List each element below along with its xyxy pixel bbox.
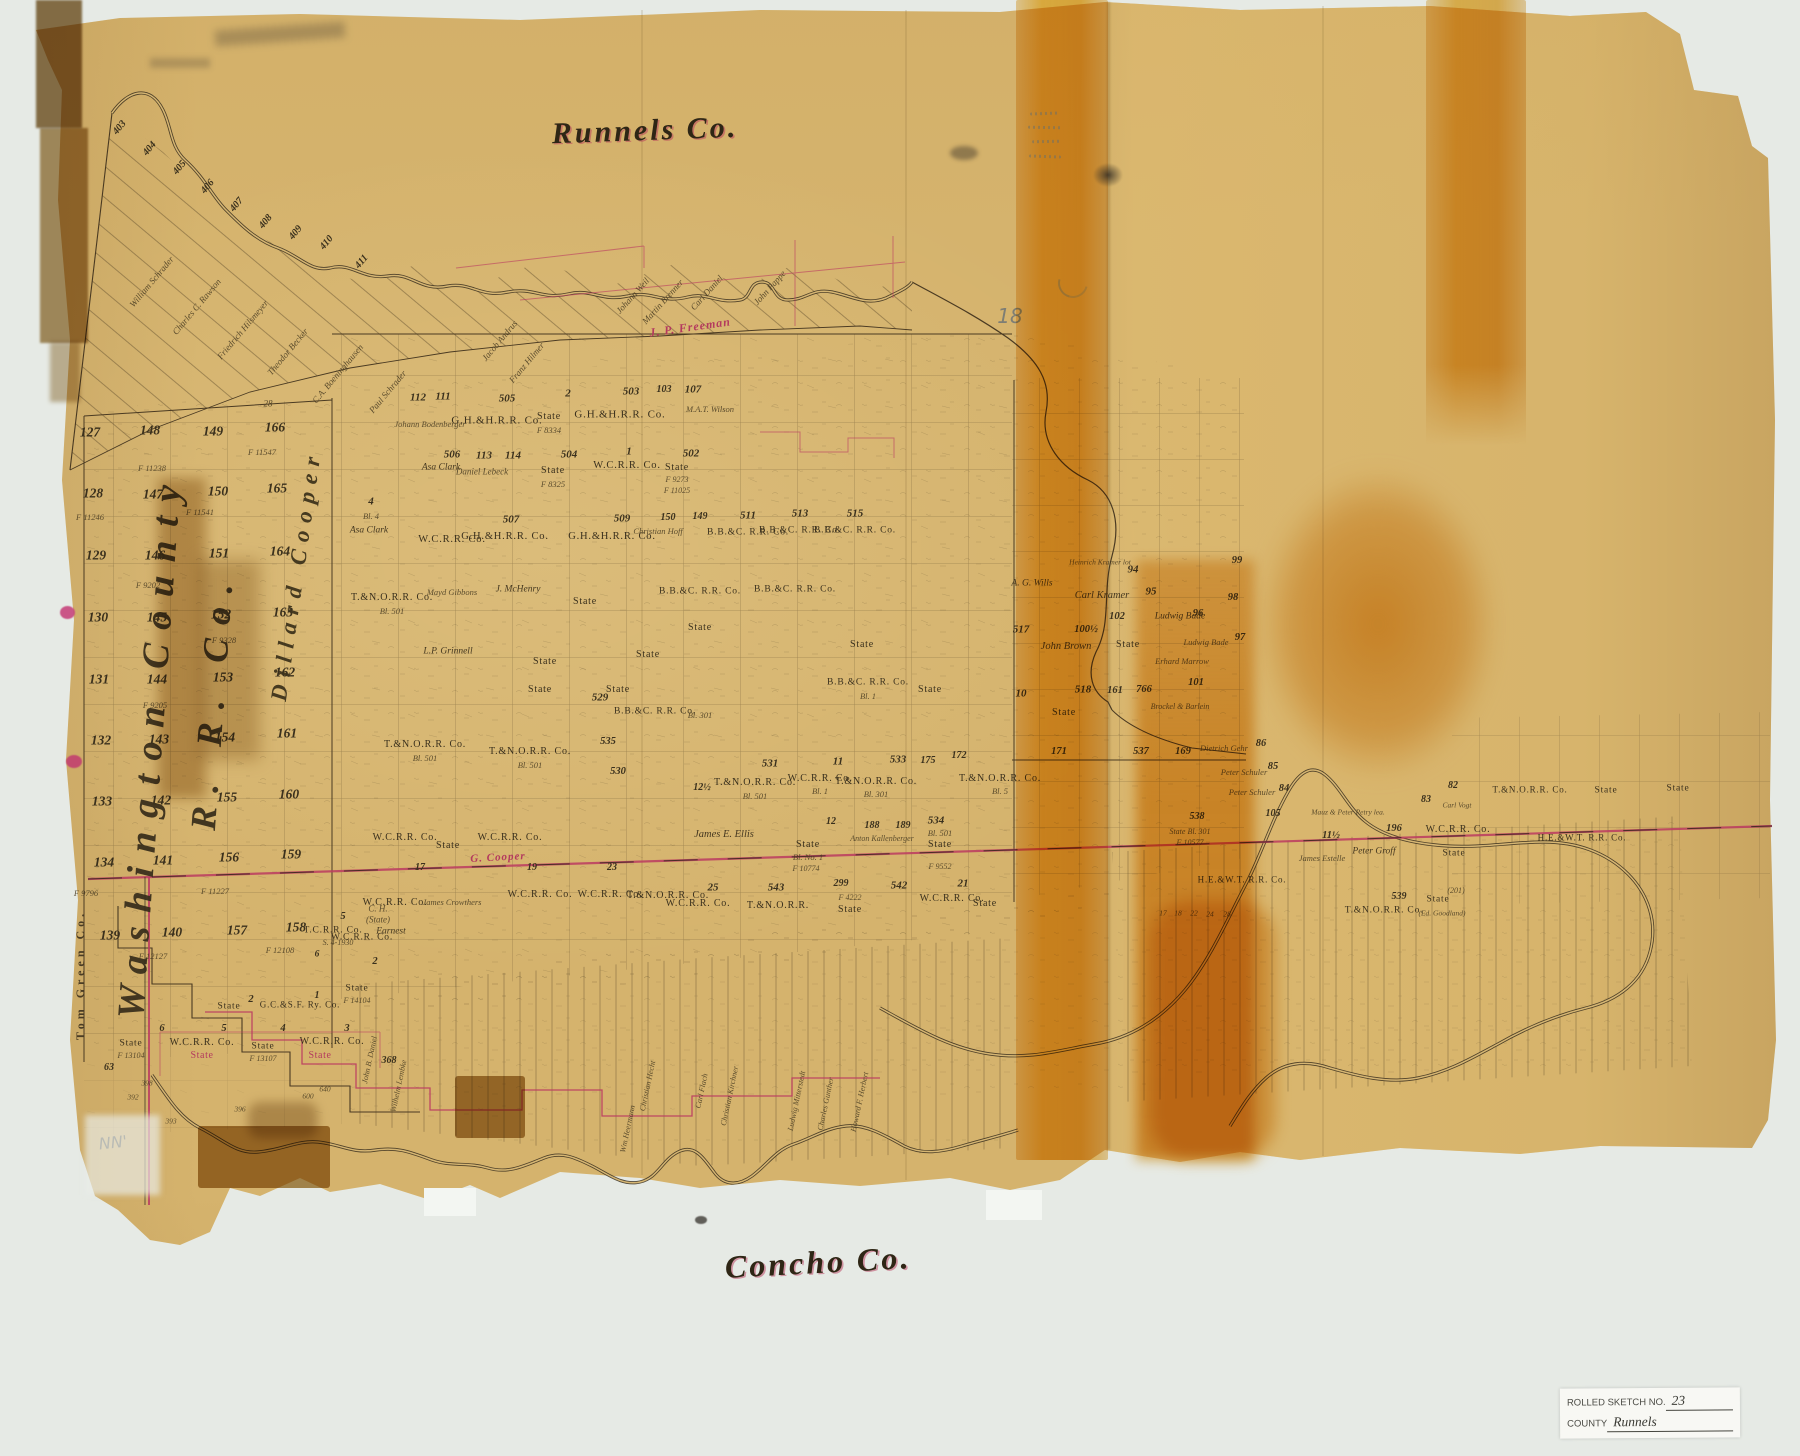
- map-label: 83: [1421, 795, 1431, 805]
- map-label: 509: [614, 514, 631, 525]
- map-label: State: [973, 899, 997, 909]
- map-label: Peter Schuler: [1229, 788, 1276, 797]
- map-label: Carl Kramer: [1075, 591, 1130, 602]
- map-label: Peter Groff: [1352, 847, 1395, 857]
- map-label: State: [252, 1042, 275, 1052]
- map-label: 2: [248, 995, 253, 1006]
- map-label: 105: [1266, 809, 1281, 819]
- map-label: State: [436, 841, 460, 851]
- map-label: 503: [623, 387, 640, 398]
- map-label: W.C.R.R. Co.: [508, 890, 573, 900]
- map-label: State: [1116, 640, 1140, 650]
- map-label: 133: [92, 794, 112, 808]
- map-label: 63: [104, 1063, 114, 1073]
- map-label: 28: [264, 400, 273, 409]
- map-label: State: [120, 1039, 143, 1049]
- map-label: 157: [227, 923, 247, 937]
- map-label: 156: [219, 850, 239, 864]
- map-label: 149: [203, 424, 223, 438]
- map-label: J. P. Freeman: [649, 315, 732, 338]
- map-label: T.&N.O.R.R. Co.: [351, 593, 433, 603]
- map-label: H.E.&W.T. R.R. Co.: [1538, 834, 1627, 843]
- map-label: F 8334: [537, 426, 561, 435]
- map-label: 538: [1190, 812, 1205, 822]
- map-label: F 11547: [248, 448, 276, 457]
- map-label: 150: [661, 513, 676, 523]
- map-label: B.B.&C. R.R. Co.: [659, 587, 741, 597]
- map-label: F 12127: [139, 952, 168, 961]
- map-label: Earnest: [376, 927, 406, 937]
- map-label: C. H.: [368, 905, 387, 914]
- map-label: 140: [162, 925, 182, 939]
- map-label: Jacob Andrus: [481, 319, 520, 363]
- map-label: Charles Gunther: [816, 1077, 835, 1131]
- map-label: Tom Green Co.: [74, 910, 86, 1040]
- map-label: 107: [685, 385, 702, 396]
- map-label: 405: [171, 159, 188, 177]
- map-label: State: [838, 905, 862, 915]
- map-label: F 11227: [201, 887, 229, 896]
- map-label: 600: [302, 1092, 313, 1100]
- map-label: Charles C. Rawson: [171, 277, 223, 336]
- map-label: 502: [683, 449, 700, 460]
- map-label: 143: [149, 732, 169, 746]
- map-label: (Ed. Goodland): [1418, 909, 1465, 917]
- map-label: Bl. 501: [380, 607, 405, 616]
- map-label: 127: [80, 425, 100, 439]
- map-label: 530: [610, 767, 626, 778]
- map-label: F 11541: [186, 508, 214, 517]
- map-label: 19: [527, 863, 537, 873]
- map-label: B.B.&C. R.R. Co.: [754, 585, 836, 595]
- map-label: James E. Ellis: [694, 830, 754, 841]
- map-label: 139: [100, 928, 120, 942]
- map-label: Christian Hoff: [633, 527, 682, 536]
- map-label: 152: [211, 607, 231, 621]
- map-label: G.H.&H.R.R. Co.: [574, 410, 665, 421]
- map-label: 85: [1268, 762, 1279, 773]
- map-label: 82: [1448, 781, 1458, 791]
- map-label: Johann Weil: [615, 276, 651, 315]
- map-label: 392: [127, 1093, 138, 1101]
- map-label: 100½: [1074, 625, 1098, 636]
- map-label: Anton Kallenberger: [850, 835, 913, 843]
- map-label: State: [533, 657, 557, 667]
- map-label: 2: [372, 957, 377, 968]
- archive-stamp: ROLLED SKETCH NO. 23 COUNTY Runnels: [1560, 1387, 1740, 1438]
- map-label: J. McHenry: [496, 585, 541, 595]
- map-label: F 10577: [1177, 839, 1204, 847]
- map-label: 2: [565, 389, 571, 400]
- map-label: T.&N.O.R.R.: [747, 901, 809, 911]
- map-label: 97: [1235, 633, 1246, 644]
- map-label: State: [346, 984, 369, 994]
- map-label: 164: [270, 544, 290, 558]
- map-label: 99: [1232, 556, 1243, 567]
- map-label: NN': [98, 1134, 128, 1153]
- map-label: F 14104: [344, 997, 371, 1005]
- map-label: 407: [228, 196, 245, 214]
- map-label: State: [636, 650, 660, 660]
- map-label: 102: [1109, 612, 1125, 623]
- map-label: 98: [1228, 593, 1239, 604]
- map-label: 537: [1133, 747, 1149, 758]
- map-label: State: [688, 623, 712, 633]
- map-label: 175: [921, 756, 936, 766]
- map-label: State: [573, 597, 597, 607]
- map-label: 129: [86, 548, 106, 562]
- map-label: W.C.R.R. Co.: [593, 461, 661, 472]
- map-label: T.&N.O.R.R. Co.: [384, 740, 466, 750]
- map-label: 23: [607, 863, 617, 873]
- map-label: 165: [267, 481, 287, 495]
- map-label: Mayd Gibbons: [427, 588, 477, 597]
- map-label: Bl. 1: [860, 692, 876, 701]
- map-label: 534: [928, 816, 945, 827]
- map-label: W.C.R.R. Co.: [1426, 825, 1491, 835]
- map-label: 112: [410, 393, 426, 404]
- map-label: F 4222: [839, 894, 862, 902]
- map-label: 169: [1175, 747, 1191, 758]
- map-label: (State): [366, 916, 390, 925]
- map-label: 150: [208, 484, 228, 498]
- map-label: 3: [344, 1024, 349, 1035]
- map-label: Bl. 501: [928, 829, 953, 838]
- map-label: 96: [1193, 609, 1204, 620]
- map-label: F 9202: [136, 581, 160, 590]
- map-label: W.C.R.R. Co.: [300, 1037, 365, 1047]
- map-label: 147: [143, 487, 163, 501]
- map-label: Bl. 1: [812, 787, 828, 796]
- map-label: W.C.R.R. Co.: [478, 833, 543, 843]
- map-label: 507: [503, 515, 520, 526]
- map-label: John Brown: [1041, 642, 1092, 653]
- map-label: Bl. 5: [992, 787, 1008, 796]
- map-label: G. Cooper: [470, 851, 526, 865]
- map-label: B.B.&C. R.R. Co.: [814, 526, 896, 536]
- map-label: 146: [145, 548, 165, 562]
- stamp-sketch-label: ROLLED SKETCH NO.: [1567, 1397, 1666, 1409]
- map-label: Concho Co.: [724, 1241, 912, 1283]
- map-label: 148: [140, 423, 160, 437]
- map-label: William Schrader: [128, 255, 176, 309]
- map-label: 25: [708, 883, 719, 894]
- map-label: 154: [215, 730, 235, 744]
- map-label: Carl Vogt: [1443, 801, 1472, 809]
- map-label: 196: [1386, 824, 1402, 835]
- map-label: T.C.R.R. Co.: [303, 926, 362, 936]
- map-label: T.&N.O.R.R. Co.: [627, 891, 709, 901]
- map-label: Bl. 501: [413, 754, 438, 763]
- map-label: M.A.T. Wilson: [686, 405, 734, 414]
- map-label: 4: [368, 497, 374, 508]
- map-label: State: [1052, 708, 1076, 718]
- map-label: B.B.&C. R.R. Co.: [614, 707, 696, 717]
- map-label: 28: [1223, 910, 1231, 918]
- map-label: State: [541, 466, 565, 476]
- map-label: 141: [153, 853, 173, 867]
- map-label: Asa Clark: [422, 463, 460, 473]
- map-label: State: [796, 840, 820, 850]
- map-label: F 10774: [793, 865, 820, 873]
- map-label: 5: [340, 912, 345, 923]
- map-label: Carl Flach: [694, 1073, 709, 1109]
- map-label: 408: [257, 213, 274, 231]
- map-label: State: [1427, 895, 1450, 905]
- map-label: 134: [94, 855, 114, 869]
- map-label: T.&N.O.R.R. Co.: [1492, 786, 1567, 795]
- map-label: Ludwig Mitterstedt: [787, 1070, 808, 1131]
- map-label: Runnels Co.: [551, 113, 738, 149]
- map-label: F 12108: [266, 946, 295, 955]
- map-label: B.B.&C. R.R. Co.: [827, 678, 909, 688]
- map-label: 149: [693, 512, 708, 522]
- map-label: Bl. 501: [743, 792, 768, 801]
- map-label: Bl. 301: [688, 711, 713, 720]
- map-label: 17: [415, 863, 425, 873]
- map-label: 411: [354, 253, 371, 270]
- map-label: 162: [275, 665, 295, 679]
- map-label: W.C.R.R. Co.: [373, 833, 438, 843]
- map-label: Christian Hecht: [639, 1060, 658, 1112]
- map-label: State: [191, 1051, 214, 1061]
- stamp-county-value: Runnels: [1607, 1413, 1733, 1432]
- map-label: 132: [91, 733, 111, 747]
- map-label: 4: [280, 1024, 285, 1035]
- map-label: 86: [1256, 739, 1267, 750]
- map-label: 1: [315, 991, 320, 1001]
- map-label: 404: [141, 140, 158, 158]
- stamp-county-label: COUNTY: [1567, 1418, 1607, 1429]
- map-label: State: [665, 463, 689, 473]
- map-label: 142: [151, 793, 171, 807]
- map-label: F 9328: [212, 636, 236, 645]
- map-label: 393: [165, 1117, 176, 1125]
- map-label: 539: [1392, 892, 1407, 902]
- map-label: 504: [561, 450, 578, 461]
- map-label: F 9205: [143, 701, 167, 710]
- map-label: State Bl. 301: [1169, 828, 1210, 836]
- map-label: Heinrich Kramer lot: [1069, 558, 1131, 566]
- map-label: 160: [279, 787, 299, 801]
- map-label: State: [918, 685, 942, 695]
- map-label: 12: [826, 817, 836, 827]
- map-label: 368: [382, 1056, 397, 1066]
- map-label: G.H.&H.R.R. Co.: [451, 416, 542, 427]
- map-label: F 11025: [664, 487, 690, 495]
- map-label: State: [218, 1002, 241, 1012]
- map-label: 6: [159, 1024, 164, 1035]
- map-label: 130: [88, 610, 108, 624]
- map-label: C.A. Boeninghausen: [311, 343, 365, 405]
- map-label: 95: [1146, 587, 1157, 598]
- map-label: 531: [762, 759, 779, 770]
- map-label: F 13107: [250, 1055, 277, 1063]
- pencil-scribble: [1028, 126, 1062, 130]
- pencil-scribble: [1032, 140, 1060, 143]
- map-label: 518: [1075, 685, 1092, 696]
- map-label: Ludwig Bade: [1183, 638, 1228, 647]
- map-label: James Estelle: [1299, 854, 1346, 863]
- map-label: 1: [626, 447, 632, 458]
- map-label: 18: [997, 306, 1022, 326]
- map-label: 533: [890, 755, 907, 766]
- map-label: 6: [315, 950, 320, 960]
- map-label: 18: [1174, 909, 1182, 917]
- map-label: Dietrich Gehr: [1200, 744, 1248, 753]
- map-label: 410: [318, 234, 335, 252]
- map-label: 515: [847, 509, 864, 520]
- map-label: 172: [952, 751, 967, 761]
- scanned-map-page: Runnels Co.Concho Co.Washington CountyR.…: [0, 0, 1800, 1456]
- map-label: 766: [1136, 685, 1152, 696]
- map-label: 409: [287, 224, 304, 242]
- map-label: G.H.&H.R.R. Co.: [461, 532, 549, 543]
- map-label: 171: [1051, 747, 1067, 758]
- map-label: 542: [891, 881, 908, 892]
- map-label: Howard F. Herbert: [850, 1071, 871, 1132]
- map-label: 189: [896, 821, 911, 831]
- map-label: Theodor Becker: [266, 327, 310, 377]
- map-label: Carl Daniel: [689, 274, 725, 312]
- map-label: State: [850, 640, 874, 650]
- map-label: State: [528, 685, 552, 695]
- map-label: 506: [444, 450, 461, 461]
- map-label: Asa Clark: [350, 526, 388, 536]
- map-label: 161: [1107, 686, 1123, 697]
- map-label: 145: [147, 610, 167, 624]
- map-label: Erhard Marrow: [1155, 657, 1209, 666]
- map-label: T.&N.O.R.R. Co.: [1345, 906, 1424, 916]
- map-label: 24: [1206, 910, 1214, 918]
- map-label: 398: [141, 1079, 152, 1087]
- map-label: State: [1443, 849, 1466, 859]
- map-label: 101: [1188, 678, 1204, 689]
- map-label: 166: [265, 420, 285, 434]
- map-label: 517: [1013, 625, 1030, 636]
- map-label: 12½: [693, 783, 711, 793]
- map-label: Peter Schuler: [1221, 768, 1268, 777]
- map-label: 505: [499, 394, 516, 405]
- map-label: G.C.&S.F. Ry. Co.: [260, 1001, 340, 1010]
- map-label: State: [606, 685, 630, 695]
- map-label: 11½: [1322, 831, 1340, 842]
- map-label: F 9796: [74, 889, 98, 898]
- map-label: 513: [792, 509, 809, 520]
- map-label: 103: [657, 385, 672, 395]
- map-label: 161: [277, 726, 297, 740]
- map-label: Franz Hilmer: [508, 341, 547, 385]
- map-label: 131: [89, 672, 109, 686]
- map-label: State: [309, 1051, 332, 1061]
- map-label: F 9552: [929, 863, 952, 871]
- map-label: W.C.R.R. Co.: [170, 1038, 235, 1048]
- map-label: 22: [1190, 909, 1198, 917]
- map-label: Wilhelm Lembke: [390, 1059, 409, 1113]
- map-label: 529: [592, 693, 609, 704]
- map-label: 10: [1016, 689, 1027, 700]
- map-label: (201): [1447, 887, 1464, 895]
- map-label: L.P. Grinnell: [423, 647, 472, 657]
- map-label: Bl. No. 1: [793, 853, 823, 862]
- map-label: 403: [111, 119, 128, 137]
- map-label: 128: [83, 486, 103, 500]
- map-label: 155: [217, 790, 237, 804]
- map-label: Brockel & Barlein: [1151, 703, 1210, 711]
- map-label: Mauz & Peter Petry lea.: [1311, 808, 1385, 816]
- map-label: Daniel Lebeck: [456, 468, 508, 477]
- map-label: F 8325: [541, 480, 565, 489]
- map-label: 17: [1159, 909, 1167, 917]
- map-labels-layer: Runnels Co.Concho Co.Washington CountyR.…: [0, 0, 1800, 1456]
- map-label: 543: [768, 883, 785, 894]
- map-label: State: [1667, 784, 1690, 794]
- map-label: T.&N.O.R.R. Co.: [959, 774, 1041, 784]
- map-label: F 11246: [76, 513, 104, 522]
- map-label: 151: [209, 546, 229, 560]
- map-label: Paul Schrader: [368, 369, 408, 415]
- map-label: James Crowthers: [423, 898, 482, 907]
- map-label: State: [1595, 786, 1618, 796]
- map-label: 535: [600, 737, 616, 748]
- map-label: State: [928, 840, 952, 850]
- map-label: 21: [958, 879, 969, 890]
- stamp-sketch-number: 23: [1666, 1392, 1733, 1410]
- map-label: 511: [740, 511, 756, 522]
- map-label: 113: [476, 451, 492, 462]
- map-label: T.&N.O.R.R. Co.: [489, 747, 571, 757]
- map-label: 396: [234, 1105, 245, 1113]
- map-label: 84: [1279, 784, 1290, 795]
- map-label: 188: [865, 821, 880, 831]
- map-label: John Pappe: [752, 269, 787, 307]
- map-label: Friedrich Hilsmeyer: [216, 299, 270, 361]
- map-label: 111: [435, 392, 450, 403]
- map-label: 144: [147, 672, 167, 686]
- map-label: F 11238: [138, 464, 166, 473]
- map-label: T.&N.O.R.R. Co.: [714, 778, 796, 788]
- map-label: State: [537, 412, 561, 422]
- map-label: 159: [281, 847, 301, 861]
- map-label: Bl. 501: [518, 761, 543, 770]
- map-label: S. 4-1930: [323, 939, 354, 947]
- map-label: Wm Heermann: [619, 1105, 637, 1154]
- map-label: F 13104: [118, 1052, 145, 1060]
- map-label: 163: [273, 605, 293, 619]
- map-label: Christian Kirchner: [720, 1065, 740, 1126]
- map-label: H.E.&W.T. R.R. Co.: [1198, 876, 1287, 885]
- map-label: 299: [834, 879, 849, 889]
- map-label: 11: [833, 757, 843, 768]
- map-label: 153: [213, 670, 233, 684]
- map-label: 406: [199, 178, 216, 196]
- map-label: A. G. Wills: [1011, 579, 1052, 589]
- map-label: 5: [221, 1024, 226, 1035]
- map-label: Bl. 4: [363, 512, 379, 521]
- map-label: F 9273: [666, 476, 689, 484]
- map-label: Bl. 301: [864, 790, 889, 799]
- map-label: 114: [505, 451, 521, 462]
- map-label: 640: [319, 1085, 330, 1093]
- map-label: T.&N.O.R.R. Co.: [835, 777, 917, 787]
